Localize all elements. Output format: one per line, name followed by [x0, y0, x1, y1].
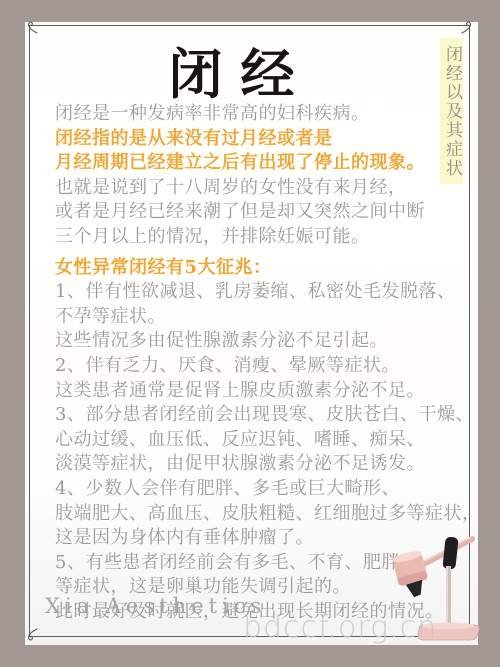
corner-flourish-icon — [24, 628, 38, 642]
sign-line: 这类患者通常是促肾上腺皮质激素分泌不足。 — [55, 379, 460, 404]
poster-card: 闭经 闭经以及其症状 闭经是一种发病率非常高的妇科疾病。 闭经指的是从来没有过月… — [25, 22, 478, 645]
sign-line: 4、少数人会伴有肥胖、多毛或巨大畸形、 — [55, 477, 460, 502]
poster-background: 闭经 闭经以及其症状 闭经是一种发病率非常高的妇科疾病。 闭经指的是从来没有过月… — [0, 0, 500, 667]
sign-line: 心动过缓、血压低、反应迟钝、嗜睡、痴呆、 — [55, 428, 460, 453]
sign-line: 3、部分患者闭经前会出现畏寒、皮肤苍白、干燥、 — [55, 403, 460, 428]
intro-line: 也就是说到了十八周岁的女性没有来月经， — [55, 176, 460, 201]
intro-line: 月经周期已经建立之后有出现了停止的现象。 — [55, 151, 460, 176]
intro-line: 或者是月经已经来潮了但是却又突然之间中断 — [55, 200, 460, 225]
poster-title: 闭经 — [25, 32, 438, 109]
intro-line: 闭经指的是从来没有过月经或者是 — [55, 127, 460, 152]
lamp-head — [392, 549, 432, 600]
sign-line: 2、伴有乏力、厌食、消瘦、晕厥等症状。 — [55, 354, 460, 379]
lamp-pole-highlight — [446, 566, 448, 626]
sign-line: 这些情况多由促性腺激素分泌不足引起。 — [55, 329, 460, 354]
intro-line: 闭经是一种发病率非常高的妇科疾病。 — [55, 102, 460, 127]
sign-line: 1、伴有性欲减退、乳房萎缩、私密处毛发脱落、 — [55, 280, 460, 305]
lamp-clamp — [442, 536, 458, 569]
brand-signature: Xia Aesthetics — [45, 594, 266, 618]
signs-heading: 女性异常闭经有5大征兆： — [55, 256, 460, 281]
sign-line: 淡漠等症状，由促甲状腺激素分泌不足诱发。 — [55, 452, 460, 477]
sign-line: 不孕等症状。 — [55, 305, 460, 330]
watermark: bdccf.org.cn — [243, 610, 437, 645]
intro-line: 三个月以上的情况，并排除妊娠可能。 — [55, 225, 460, 250]
corner-flourish-icon — [461, 20, 475, 34]
